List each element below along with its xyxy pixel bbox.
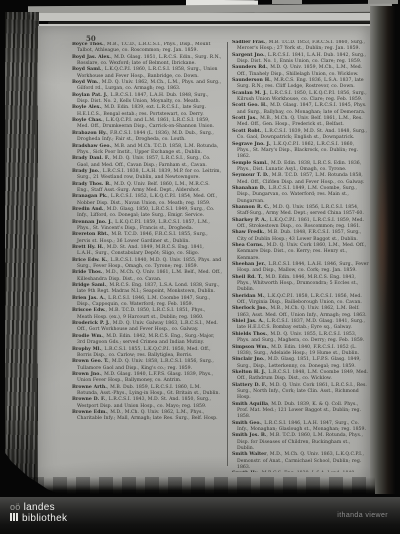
directory-entry: Boyle Alex., M.D. Edin. 1839, ext. L.R.C… bbox=[72, 105, 222, 118]
directory-column-right: Sadlier Fras., M.B. T.C.D. 1853, F.R.C.S… bbox=[232, 40, 369, 472]
page-bottom-edge bbox=[30, 477, 375, 494]
book-cover-tint bbox=[375, 150, 389, 325]
directory-entry: Saunders Rd., M.D. Q. Univ. 1859, M.Ch.,… bbox=[232, 65, 369, 78]
directory-entry: Shaw Fredk., M.B. Dub. 1848, F.R.C.S.I. … bbox=[232, 230, 369, 243]
directory-entry: Bredin And., M.D. Glasg. 1850, L.R.C.S.I… bbox=[72, 207, 222, 220]
viewer-footer-bar: oölandes bibliothek ithanda viewer bbox=[0, 497, 400, 534]
directory-entry: Boyd Wm., M.D. Q. Univ. 1862, M.Ch., L.M… bbox=[72, 80, 222, 93]
directory-entry: Brown Geo. T., M.D. Q. Univ. 1858, L.R.C… bbox=[72, 359, 222, 372]
directory-entry: Shanahan D., L.R.C.S.I. 1849, L.M. Coomb… bbox=[232, 186, 369, 205]
directory-entry: Bridge Saml., M.R.C.S. Eng. 1837, L.S.A.… bbox=[72, 283, 222, 296]
directory-entry: Smith Walter, M.D., M.Ch. Q. Univ. 1863,… bbox=[232, 452, 369, 471]
directory-entry: Sheehan Jer., L.R.C.S.I. 1844, L.A.H. 18… bbox=[232, 262, 369, 275]
directory-entry: Shiel Jas. A., L.R.C.S.I. 1837, M.D. Gla… bbox=[232, 319, 369, 332]
directory-entry: Skelton H. J., L.R.C.S.I. 1848, L.M. Coo… bbox=[232, 370, 369, 383]
directory-entry: Broderick P. J., M.D. Q. Univ. Galway 18… bbox=[72, 321, 222, 334]
directory-entry: Boyd Jas. Alex., M.D. Glasg. 1851, L.R.C… bbox=[72, 55, 222, 68]
binding-crease-line bbox=[35, 28, 37, 484]
directory-entry: Brodie Wm., M.D. Edin. 1842, M.R.C.S. En… bbox=[72, 334, 222, 347]
directory-entry: Bride Thos., M.D., M.Ch. Q. Univ. 1861, … bbox=[72, 270, 222, 283]
directory-entry: Brereton Rbt., M.B. T.C.D. 1846, F.R.C.S… bbox=[72, 232, 222, 245]
directory-entry: Boyd Saml., L.K.Q.C.P.I. 1860, L.R.C.S.I… bbox=[72, 67, 222, 80]
directory-entry: Shannon R. C., M.D. Q. Univ. 1856, L.R.C… bbox=[232, 205, 369, 218]
directory-entry: Briscoe Edw., M.B. T.C.D. 1850, L.R.C.S.… bbox=[72, 308, 222, 321]
directory-entry: Scott Jas., M.B., M.Ch. Q. Univ. Belf. 1… bbox=[232, 116, 369, 129]
directory-entry: Seymour T. D., M.B. T.C.D. 1857, L.M. Ro… bbox=[232, 173, 369, 186]
directory-entry: Sheridan M., L.K.Q.C.P.I. 1858, L.R.C.S.… bbox=[232, 294, 369, 307]
directory-entry: Brady Thos. B., M.D. Q. Univ. Belf. 1860… bbox=[72, 182, 222, 195]
directory-entry: Sinclair Jno., M.D. Glasg. 1851, L.F.P.S… bbox=[232, 357, 369, 370]
library-logo: oölandes bibliothek bbox=[10, 502, 67, 524]
directory-entry: Scott Geo. H., M.D. Glasg. 1847, L.R.C.S… bbox=[232, 103, 369, 116]
directory-entry: Boyle Chas., L.K.Q.C.P.I. and L.M. 1861,… bbox=[72, 118, 222, 131]
directory-entry: Sargent Jno., L.R.C.S.I. 1841, L.A.H. Du… bbox=[232, 53, 369, 66]
directory-entry: Boylan Pat. J., L.R.C.S.I. 1847, L.A.H. … bbox=[72, 93, 222, 106]
directory-entry: Brett Hy. H., M.D. St. And. 1849, M.R.C.… bbox=[72, 245, 222, 258]
directory-entry: Smith Jos. B., M.B. T.C.D. 1860, L.M. Ro… bbox=[232, 433, 369, 452]
logo-line-1: oölandes bbox=[10, 502, 67, 513]
directory-entry: Semple Saml., M.D. Edin. 1838, L.R.C.S. … bbox=[232, 161, 369, 174]
directory-entry: Brady Danl. F., M.D. Q. Univ. 1857, L.R.… bbox=[72, 156, 222, 169]
viewer-canvas: 50 Boyce Thos., M.B., T.C.D., L.R.C.S.I.… bbox=[0, 0, 400, 534]
directory-entry: Bradshaw Geo., M.B. and M.Ch. T.C.D. 185… bbox=[72, 144, 222, 157]
logo-prefix: oö bbox=[10, 502, 21, 512]
directory-entry: Smith Geo., L.R.C.S.I. 1846, L.A.H. 1847… bbox=[232, 421, 369, 434]
directory-entry: Brown Jno., M.D. Glasg. 1840, L.F.P.S. G… bbox=[72, 372, 222, 385]
directory-entry: Smyth Hy., M.R.C.S. Eng. 1839, L.S.A. Lo… bbox=[232, 471, 369, 472]
directory-entry: Browne Arth., M.B. Dub. 1859, L.R.C.S.I.… bbox=[72, 385, 222, 398]
directory-entry: Brice Edw. K., L.R.C.S.I. 1840, M.D. Q. … bbox=[72, 258, 222, 271]
directory-entry: Scanlan M. J., L.R.C.S.I. 1850, L.K.Q.C.… bbox=[232, 91, 369, 104]
directory-entry: Segrave Jno. J., L.K.Q.C.P.I. 1862, L.R.… bbox=[232, 142, 369, 161]
directory-entry: Brennan Jno. J., L.K.Q.C.P.I. 1859, L.R.… bbox=[72, 220, 222, 233]
directory-entry: Shields Thos., M.D. Q. Univ. 1855, L.R.C… bbox=[232, 332, 369, 345]
page-edge-stack-left bbox=[5, 12, 39, 490]
directory-entry: Boyce Thos., M.B., T.C.D., L.R.C.S.I., P… bbox=[72, 42, 222, 55]
column-divider-rule bbox=[227, 42, 228, 466]
directory-entry: Scott Robt., L.R.C.S.I. 1839, M.D. St. A… bbox=[232, 129, 369, 142]
directory-entry: Shea Corns., M.D. Q. Univ. Cork 1860, L.… bbox=[232, 243, 369, 262]
logo-bibliothek-label: bibliothek bbox=[22, 513, 67, 524]
directory-entry: Brabazon Hy., F.R.C.S.I. 1844 (L. 1836),… bbox=[72, 131, 222, 144]
directory-entry: Browne Edm., M.D., M.Ch. Q. Univ. 1862, … bbox=[72, 410, 222, 423]
three-bars-icon bbox=[10, 513, 19, 524]
directory-entry: Browne D. F., L.R.C.S.I. 1843, M.D. St. … bbox=[72, 397, 222, 410]
directory-entry: Brady Jno., L.R.C.S.I. 1838, L.A.H. 1839… bbox=[72, 169, 222, 182]
logo-landes-label: landes bbox=[24, 502, 55, 513]
directory-entry: Brophy Ml., L.R.C.S.I. 1855, L.K.Q.C.P.I… bbox=[72, 347, 222, 360]
directory-entry: Sherlock Jno., M.B., M.Ch. Q. Univ. 1862… bbox=[232, 306, 369, 319]
directory-entry: Smith Aquilla, M.D. Dub. 1839, K. & Q. C… bbox=[232, 402, 369, 421]
directory-entry: Sheil Rd. T., M.D. Edin. 1846, M.R.C.S. … bbox=[232, 275, 369, 294]
directory-entry: Saunderson H., M.R.C.S. Eng. 1836, L.S.A… bbox=[232, 78, 369, 91]
logo-line-2: bibliothek bbox=[10, 513, 67, 524]
directory-entry: Branagan Pk., L.R.C.S.I. 1852, L.K.Q.C.P… bbox=[72, 194, 222, 207]
directory-entry: Sadlier Fras., M.B. T.C.D. 1853, F.R.C.S… bbox=[232, 40, 369, 53]
viewer-name-label: ithanda viewer bbox=[337, 512, 388, 519]
directory-entry: Simpson Wm., M.D. Edin. 1840, F.R.C.S.I.… bbox=[232, 345, 369, 358]
directory-entry: Slattery D. F., M.D. Q. Univ. Cork 1861,… bbox=[232, 383, 369, 402]
directory-entry: Brien Jas. A., L.R.C.S.I. 1846, L.M. Coo… bbox=[72, 296, 222, 309]
directory-entry: Sharkey P. A., L.K.Q.C.P.I. 1861, L.R.C.… bbox=[232, 218, 369, 231]
scanned-page[interactable]: 50 Boyce Thos., M.B., T.C.D., L.R.C.S.I.… bbox=[38, 26, 372, 490]
directory-column-left: Boyce Thos., M.B., T.C.D., L.R.C.S.I., P… bbox=[72, 42, 222, 472]
